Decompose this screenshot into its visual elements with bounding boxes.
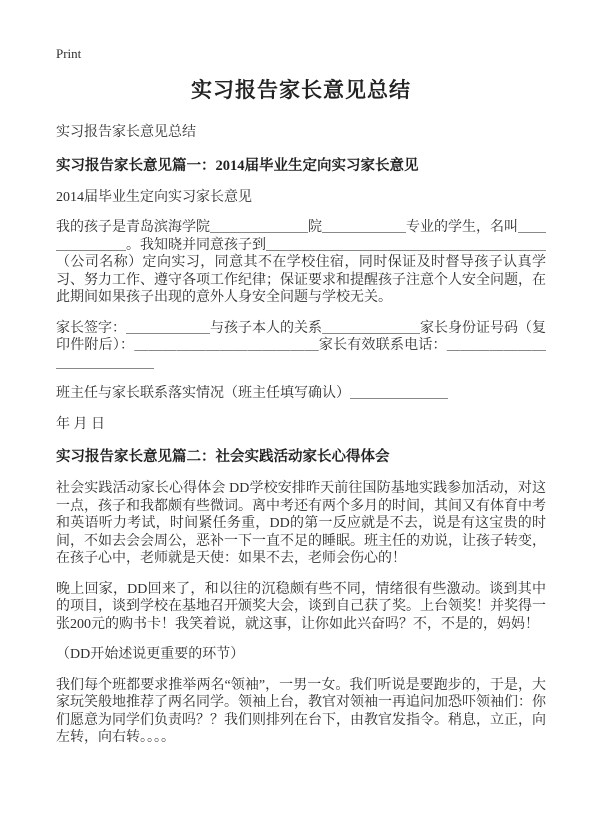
part2-paragraph-4: 我们每个班都要求推举两名“领袖”，一男一女。我们听说是要跑步的，于是，大家玩笑般… — [56, 677, 546, 747]
section-heading-part1: 实习报告家长意见篇一：2014届毕业生定向实习家长意见 — [56, 157, 546, 175]
part1-date-line: 年 月 日 — [56, 416, 546, 434]
part1-declaration-paragraph: 我的孩子是青岛滨海学院＿＿＿＿＿＿＿院＿＿＿＿＿＿专业的学生，名叫＿＿＿＿＿＿＿… — [56, 219, 546, 307]
part1-teacher-confirmation-line: 班主任与家长联系落实情况（班主任填写确认）＿＿＿＿＿＿＿ — [56, 385, 546, 403]
part2-paragraph-3: （DD开始述说更重要的环节） — [56, 646, 546, 664]
part1-subtitle: 2014届毕业生定向实习家长意见 — [56, 189, 546, 207]
print-link[interactable]: Print — [56, 46, 546, 62]
document-page: Print 实习报告家长意见总结 实习报告家长意见总结 实习报告家长意见篇一：2… — [0, 0, 600, 828]
part1-signature-paragraph: 家长签字：＿＿＿＿＿＿与孩子本人的关系＿＿＿＿＿＿＿家长身份证号码（复印件附后）… — [56, 320, 546, 373]
part2-paragraph-1: 社会实践活动家长心得体会 DD学校安排昨天前往国防基地实践参加活动，对这一点，孩… — [56, 480, 546, 568]
section-heading-part2: 实习报告家长意见篇二：社会实践活动家长心得体会 — [56, 448, 546, 466]
document-subtitle: 实习报告家长意见总结 — [56, 124, 546, 142]
part2-paragraph-2: 晚上回家，DD回来了，和以往的沉稳颇有些不同，情绪很有些激动。谈到其中的项目，谈… — [56, 581, 546, 634]
page-title: 实习报告家长意见总结 — [56, 74, 546, 104]
